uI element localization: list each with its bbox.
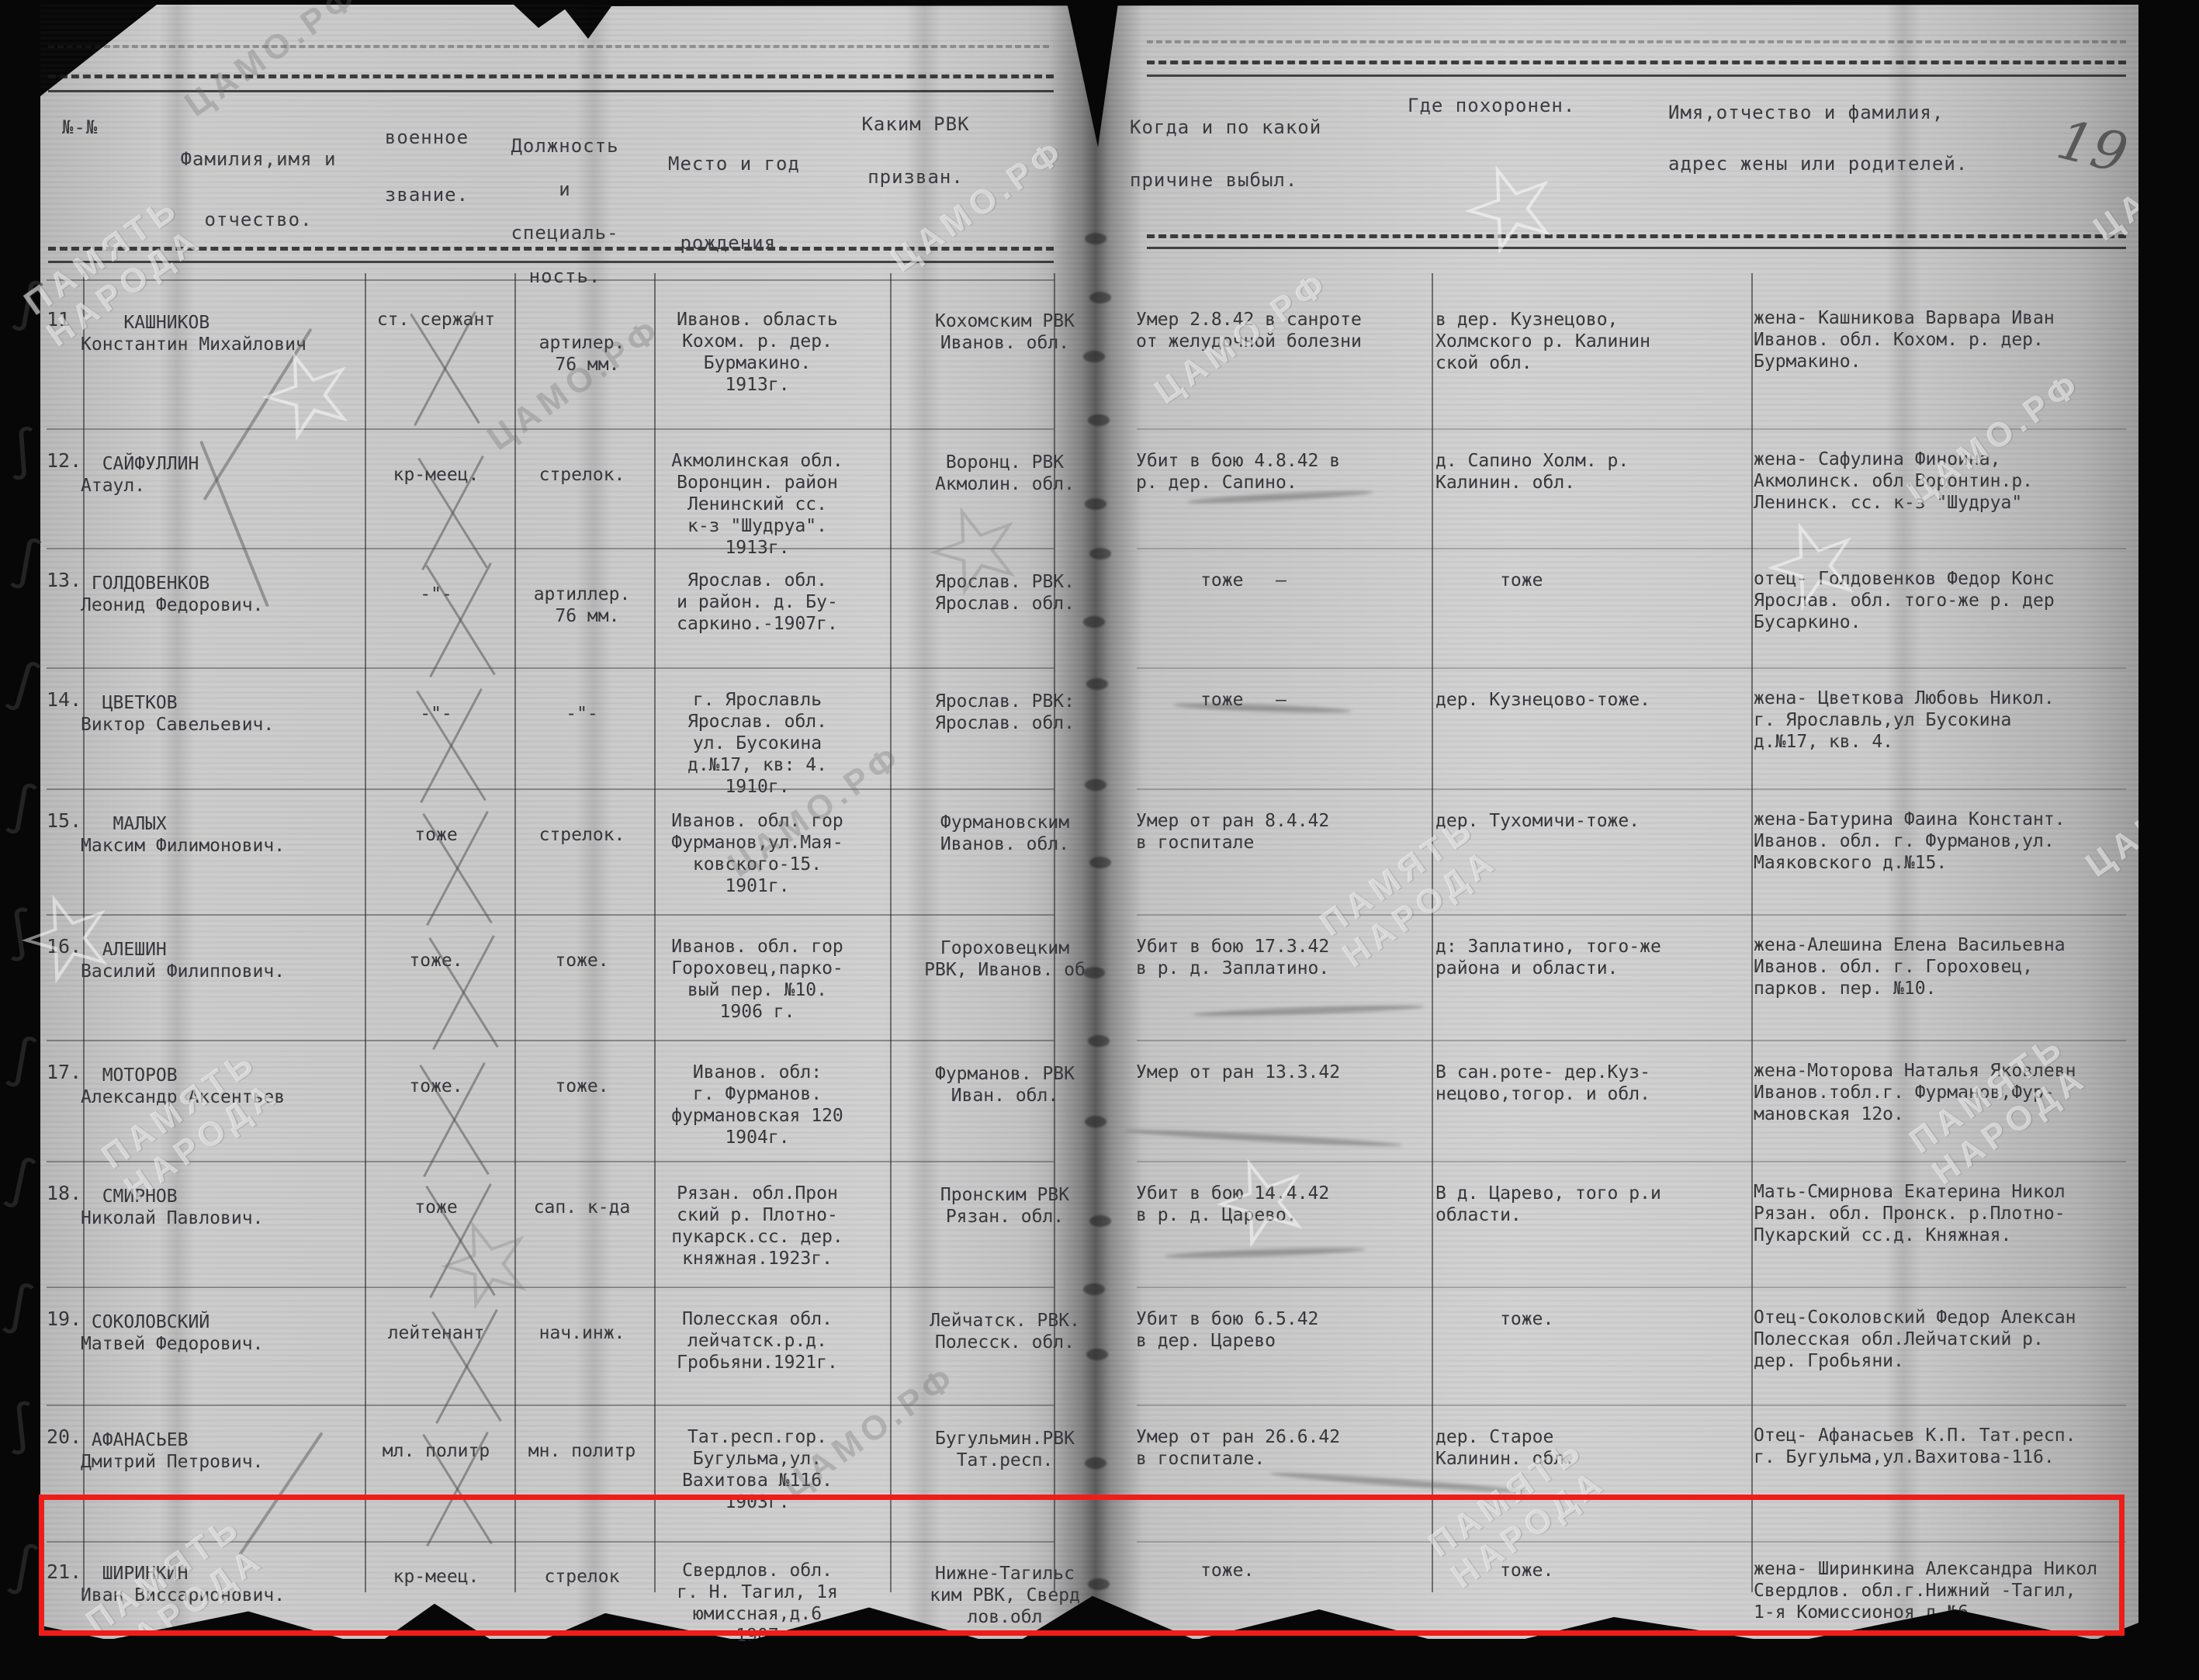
cell-family: Отец-Соколовский Федор Алексан Полесская… <box>1754 1307 2145 1372</box>
column-header-burial: Где похоронен. <box>1408 95 1640 116</box>
cell-rank: -"- <box>365 584 507 605</box>
cell-birth: Акмолинская обл. Воронцин. район Ленинск… <box>632 450 883 559</box>
cell-burial: дер. Тухомичи-тоже. <box>1435 810 1746 832</box>
cell-burial: тоже. <box>1435 1308 1746 1330</box>
cell-reason: Умер от ран 26.6.42 в госпитале. <box>1136 1426 1431 1470</box>
binding-smudge <box>1083 1283 1105 1295</box>
cell-rvk: Фурмановским Иванов. обл. <box>891 812 1119 855</box>
cell-reason: Умер от ран 13.3.42 <box>1136 1062 1431 1083</box>
cell-position: мн. политр <box>514 1440 650 1462</box>
cell-position: нач.инж. <box>514 1322 650 1344</box>
cell-name: ЦВЕТКОВ Виктор Савельевич. <box>81 692 360 736</box>
row-divider <box>47 667 1054 669</box>
pencil-check-icon: ∫ <box>0 1152 40 1214</box>
column-header-reason: Когда и по какой причине выбыл. <box>1130 101 1409 206</box>
cell-rvk: Лейчатск. РВК. Полесск. обл. <box>891 1310 1119 1353</box>
column-divider <box>1432 273 1433 1592</box>
highlight-box <box>39 1495 2125 1636</box>
cell-family: жена- Цветкова Любовь Никол. г. Ярославл… <box>1754 688 2145 753</box>
cell-family: жена-Моторова Наталья Яковлевн Иванов.то… <box>1754 1060 2145 1125</box>
cell-name: СОКОЛОВСКИЙ Матвей Федорович. <box>81 1311 360 1355</box>
column-header-number: №-№ <box>62 116 98 138</box>
cell-family: жена- Кашникова Варвара Иван Иванов. обл… <box>1754 307 2145 372</box>
binding-smudge <box>1089 548 1111 559</box>
cell-position: стрелок. <box>514 824 650 846</box>
row-divider <box>47 1405 1054 1406</box>
cell-name: КАШНИКОВ Константин Михайлович <box>81 312 360 355</box>
column-header-position: Должность и специаль- ность. <box>486 124 644 298</box>
cell-birth: Иванов. обл: г. Фурманов. фурмановская 1… <box>632 1062 883 1148</box>
column-header-family: Имя,отчество и фамилия, адрес жены или р… <box>1668 87 2072 189</box>
binding-smudge <box>1089 857 1111 868</box>
cell-burial: в дер. Кузнецово, Холмского р. Калинин с… <box>1435 309 1746 374</box>
cell-rank: тоже <box>365 824 507 846</box>
cell-rank: лейтенант <box>365 1322 507 1344</box>
cell-rvk: Бугульмин.РВК Тат.респ. <box>891 1428 1119 1471</box>
cell-position: артиллер. 76 мм. <box>514 584 650 627</box>
column-header-birth: Место и год рождения. <box>635 124 833 282</box>
pencil-check-icon: ∫ <box>3 1398 39 1459</box>
cell-reason: Убит в бою 4.8.42 в р. дер. Сапино. <box>1136 450 1431 494</box>
cell-name: ГОЛДОВЕНКОВ Леонид Федорович. <box>81 573 360 616</box>
row-divider <box>47 1287 1054 1288</box>
pencil-check-icon: ∫ <box>6 533 46 595</box>
cell-name: СМИРНОВ Николай Павлович. <box>81 1186 360 1229</box>
cell-reason: Умер от ран 8.4.42 в госпитале <box>1136 810 1431 854</box>
cell-birth: Рязан. обл.Прон ский р. Плотно- пукарск.… <box>632 1183 883 1270</box>
cell-family: Отец- Афанасьев К.П. Тат.респ. г. Бугуль… <box>1754 1425 2145 1468</box>
cell-birth: Полесская обл. лейчатск.р.д. Гробьяни.19… <box>632 1308 883 1373</box>
cell-rvk: Фурманов. РВК Иван. обл. <box>891 1063 1119 1107</box>
cell-family: жена-Алешина Елена Васильевна Иванов. об… <box>1754 934 2145 999</box>
cell-rank: тоже. <box>365 950 507 972</box>
row-divider <box>1137 1405 2126 1406</box>
cell-rvk: Кохомским РВК Иванов. обл. <box>891 310 1119 354</box>
cell-rank: тоже. <box>365 1076 507 1097</box>
cell-birth: Ярослав. обл. и район. д. Бу- саркино.-1… <box>632 570 883 635</box>
header-rule <box>1147 61 2126 64</box>
cell-reason: Убит в бою 14.4.42 в р. д. Царево. <box>1136 1183 1431 1226</box>
cell-rvk: Ярослав. РВК. Ярослав. обл. <box>891 571 1119 615</box>
row-divider <box>47 1161 1054 1162</box>
cell-rvk: Пронским РВК Рязан. обл. <box>891 1184 1119 1228</box>
cell-position: -"- <box>514 703 650 725</box>
row-divider <box>47 279 1054 281</box>
cell-reason: Убит в бою 6.5.42 в дер. Царево <box>1136 1308 1431 1352</box>
pencil-check-icon: ∫ <box>2 778 41 840</box>
cell-burial: В д. Царево, того р.и области. <box>1435 1183 1746 1226</box>
row-divider <box>1137 428 2126 430</box>
cell-burial: дер. Старое Калинин. обл. <box>1435 1426 1746 1470</box>
row-divider <box>47 914 1054 916</box>
binding-smudge <box>1089 292 1111 303</box>
cell-burial: дер. Кузнецово-тоже. <box>1435 689 1746 711</box>
column-divider <box>1751 273 1753 1592</box>
cell-rank: тоже <box>365 1197 507 1218</box>
cell-reason: Умер 2.8.42 в санроте от желудочной боле… <box>1136 309 1431 352</box>
pencil-check-icon: ∫ <box>5 424 40 484</box>
cell-position: сап. к-да <box>514 1197 650 1218</box>
row-divider <box>1137 667 2126 669</box>
binding-smudge <box>1086 678 1108 690</box>
row-divider <box>1137 1161 2126 1162</box>
cell-position: артилер. 76 мм. <box>514 332 650 376</box>
header-rule <box>48 90 1054 92</box>
cell-burial: тоже <box>1435 570 1746 591</box>
column-header-name: Фамилия,имя и отчество. <box>154 129 363 250</box>
header-rule <box>1147 234 2126 238</box>
cell-birth: Иванов. область Кохом. р. дер. Бурмакино… <box>632 309 883 396</box>
cell-name: МАЛЫХ Максим Филимонович. <box>81 813 360 857</box>
column-header-rvk: Каким РВК призван. <box>821 98 1010 203</box>
header-rule <box>1147 40 2126 43</box>
cell-rank: -"- <box>365 703 507 725</box>
row-divider <box>1137 1040 2126 1041</box>
pencil-check-icon: ∫ <box>1 655 45 719</box>
row-divider <box>47 788 1054 790</box>
cell-reason: тоже — <box>1136 570 1431 591</box>
cell-name: МОТОРОВ Александр Аксентьев <box>81 1065 360 1108</box>
binding-smudge <box>1085 498 1106 510</box>
pencil-check-icon: ∫ <box>1 905 38 966</box>
cell-burial: д. Сапино Холм. р. Калинин. обл. <box>1435 450 1746 494</box>
row-divider <box>1137 788 2126 790</box>
cell-rank: ст. сержант <box>365 309 507 331</box>
row-divider <box>47 1040 1054 1041</box>
cell-family: отец- Голдовенков Федор Конс Ярослав. об… <box>1754 568 2145 633</box>
cell-birth: Иванов. обл. гор Гороховец,парко- вый пе… <box>632 936 883 1023</box>
binding-smudge <box>1083 616 1105 628</box>
header-rule <box>48 45 1049 48</box>
binding-smudge <box>1085 779 1106 791</box>
pencil-check-icon: ∫ <box>2 1031 41 1093</box>
scanner-background <box>2138 0 2199 1680</box>
cell-burial: д: Заплатино, того-же района и области. <box>1435 936 1746 979</box>
pencil-check-icon: ∫ <box>3 1539 43 1601</box>
binding-smudge <box>1088 1035 1110 1047</box>
column-header-rank: военное звание. <box>351 109 503 223</box>
cell-rank: мл. политр <box>365 1440 507 1462</box>
cell-rank: кр-меец. <box>365 464 507 486</box>
cell-reason: Убит в бою 17.3.42 в р. д. Заплатино. <box>1136 936 1431 979</box>
document-scan: №-№ Фамилия,имя и отчество. военное зван… <box>0 0 2199 1680</box>
cell-position: стрелок. <box>514 464 650 486</box>
cell-rvk: Ярослав. РВК: Ярослав. обл. <box>891 691 1119 734</box>
cell-birth: г. Ярославль Ярослав. обл. ул. Бусокина … <box>632 689 883 798</box>
cell-birth: Иванов. обл. гор Фурманов,ул.Мая- ковско… <box>632 810 883 897</box>
cell-position: тоже. <box>514 950 650 972</box>
binding-smudge <box>1085 1116 1106 1128</box>
cell-family: жена- Сафулина Финоина, Акмолинск. обл.В… <box>1754 449 2145 514</box>
pencil-check-icon: ∫ <box>0 1278 38 1340</box>
row-divider <box>1137 1287 2126 1288</box>
row-divider <box>1137 914 2126 916</box>
row-divider <box>1137 548 2126 549</box>
cell-rvk: Воронц. РВК Акмолин. обл. <box>891 452 1119 495</box>
cell-name: АЛЕШИН Василий Филиппович. <box>81 939 360 982</box>
row-divider <box>47 428 1054 430</box>
cell-family: Мать-Смирнова Екатерина Никол Рязан. обл… <box>1754 1181 2145 1246</box>
header-rule <box>1147 247 2126 249</box>
header-rule <box>48 74 1054 78</box>
cell-rvk: Гороховецким РВК, Иванов. об <box>891 937 1119 981</box>
cell-position: тоже. <box>514 1076 650 1097</box>
header-rule <box>1147 74 2126 77</box>
binding-smudge <box>1088 414 1110 426</box>
row-divider <box>47 548 1054 549</box>
binding-smudge <box>1085 233 1106 244</box>
cell-family: жена-Батурина Фаина Констант. Иванов. об… <box>1754 809 2145 874</box>
cell-burial: В сан.роте- дер.Куз- нецово,тогор. и обл… <box>1435 1062 1746 1105</box>
